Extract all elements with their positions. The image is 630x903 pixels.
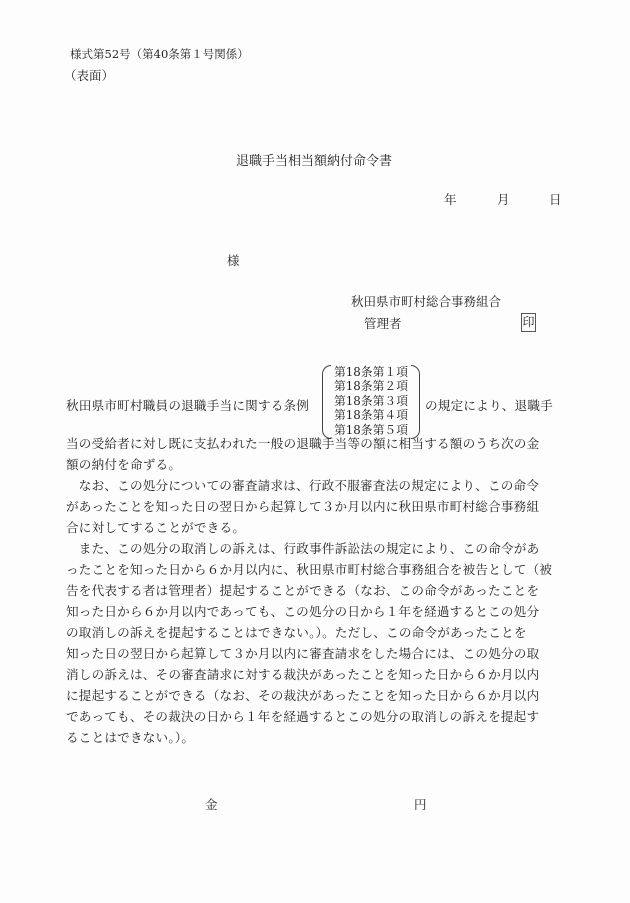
body-line: 知った日の翌日から起算して３か月以内に審査請求をした場合には、この処分の取 [66,643,562,664]
body-line: 知った日から６か月以内であっても、この処分の日から１年を経過するとこの処分 [66,601,562,622]
amount-prefix: 金 [205,795,218,813]
left-bracket [322,365,331,439]
amount-unit: 円 [414,795,427,813]
body-line: ったことを知った日から６か月以内に、秋田県市町村総合事務組合を被告として（被 [66,559,562,580]
date-year-label: 年 [444,190,457,208]
form-number: 様式第52号（第40条第１号関係） [70,46,249,62]
intro-suffix: の規定により、退職手 [425,395,553,414]
date-month-label: 月 [497,190,510,208]
article-item: 第18条第４項 [332,408,410,422]
addressee-honorific: 様 [227,251,240,269]
body-line: 当の受給者に対し既に支払われた一般の退職手当等の額に相当する額のうち次の金 [66,433,562,454]
article-bracket: 第18条第１項 第18条第２項 第18条第３項 第18条第４項 第18条第５項 [322,365,420,439]
intro-prefix: 秋田県市町村職員の退職手当に関する条例 [66,395,309,414]
body-line: また、この処分の取消しの訴えは、行政事件訴訟法の規定により、この命令があ [66,538,562,559]
body-line: ることはできない。）。 [66,727,562,748]
issuer-organization: 秋田県市町村総合事務組合 [351,292,501,310]
form-side-label: （表面） [64,66,114,84]
body-line: に提起することができる（なお、その裁決があったことを知った日から６か月以内 [66,685,562,706]
date-day-label: 日 [549,190,562,208]
body-line: 合に対してすることができる。 [66,517,562,538]
issuer-title: 管理者 [364,314,402,332]
body-line: 消しの訴えは、その審査請求に対する裁決があったことを知った日から６か月以内 [66,664,562,685]
body-line: の取消しの訴えを提起することはできない。）。ただし、この命令があったことを [66,622,562,643]
body-line: であっても、その裁決の日から１年を経過するとこの処分の取消しの訴えを提起す [66,706,562,727]
right-bracket [411,365,420,439]
body-line: 額の納付を命ずる。 [66,454,562,475]
article-list: 第18条第１項 第18条第２項 第18条第３項 第18条第４項 第18条第５項 [332,365,410,437]
seal-mark: 印 [521,313,536,332]
body-line: 告を代表する者は管理者）提起することができる（なお、この命令があったことを [66,580,562,601]
body-line: があったことを知った日の翌日から起算して３か月以内に秋田県市町村総合事務組 [66,496,562,517]
document-title: 退職手当相当額納付命令書 [236,150,392,169]
article-item: 第18条第２項 [332,379,410,393]
article-item: 第18条第１項 [332,365,410,379]
body-line: なお、この処分についての審査請求は、行政不服審査法の規定により、この命令 [66,475,562,496]
article-item: 第18条第３項 [332,394,410,408]
